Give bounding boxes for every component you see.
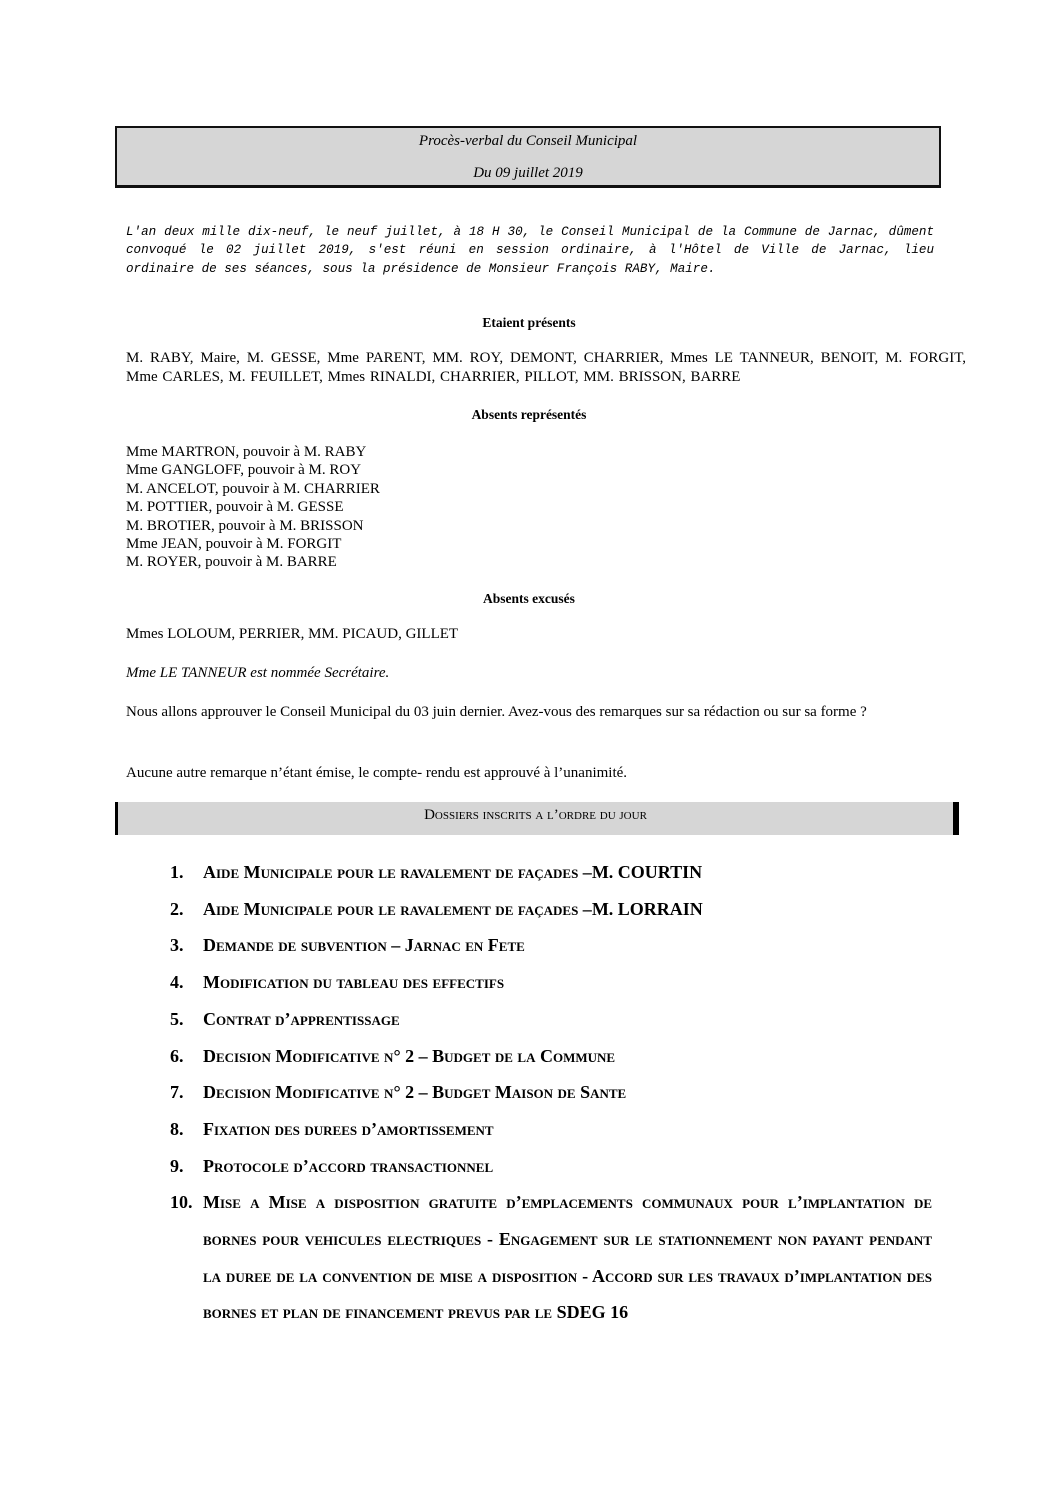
agenda-item-name: M. COURTIN xyxy=(592,862,702,882)
agenda-item-text: Aide Municipale pour le ravalement de fa… xyxy=(203,899,592,919)
represented-item: M. BROTIER, pouvoir à M. BRISSON xyxy=(126,517,626,535)
approval-result: Aucune autre remarque n’étant émise, le … xyxy=(126,764,627,783)
agenda-heading: Dossiers inscrits a l’ordre du jour xyxy=(424,807,647,823)
agenda-item-number: 7. xyxy=(170,1074,184,1111)
document-date: Du 09 juillet 2019 xyxy=(117,165,939,182)
agenda-item-text: Modification du tableau des effectifs xyxy=(203,972,504,992)
agenda-item-number: 3. xyxy=(170,927,184,964)
agenda-item: 10.Mise a Mise a disposition gratuite d’… xyxy=(170,1184,932,1331)
agenda-item: 1.Aide Municipale pour le ravalement de … xyxy=(170,854,932,891)
presents-list: M. RABY, Maire, M. GESSE, Mme PARENT, MM… xyxy=(126,349,966,386)
document-title: Procès-verbal du Conseil Municipal xyxy=(117,133,939,150)
agenda-heading-bar: Dossiers inscrits a l’ordre du jour xyxy=(115,802,959,835)
secretary-note: Mme LE TANNEUR est nommée Secrétaire. xyxy=(126,664,389,683)
title-box: Procès-verbal du Conseil Municipal Du 09… xyxy=(115,126,941,188)
agenda-item: 5.Contrat d’apprentissage xyxy=(170,1001,932,1038)
agenda-item-number: 10. xyxy=(170,1184,193,1221)
agenda-item-text: Decision Modificative n° 2 – Budget de l… xyxy=(203,1046,615,1066)
excused-heading: Absents excusés xyxy=(0,591,1058,607)
document-page: Procès-verbal du Conseil Municipal Du 09… xyxy=(0,0,1058,1497)
represented-item: Mme GANGLOFF, pouvoir à M. ROY xyxy=(126,461,626,479)
represented-list: Mme MARTRON, pouvoir à M. RABY Mme GANGL… xyxy=(126,443,626,572)
presents-heading: Etaient présents xyxy=(0,315,1058,331)
agenda-item: 2.Aide Municipale pour le ravalement de … xyxy=(170,891,932,928)
excused-list: Mmes LOLOUM, PERRIER, MM. PICAUD, GILLET xyxy=(126,625,458,644)
represented-item: M. POTTIER, pouvoir à M. GESSE xyxy=(126,498,626,516)
approval-question: Nous allons approuver le Conseil Municip… xyxy=(126,703,946,722)
agenda-item-number: 1. xyxy=(170,854,184,891)
agenda-item-number: 5. xyxy=(170,1001,184,1038)
represented-item: Mme JEAN, pouvoir à M. FORGIT xyxy=(126,535,626,553)
represented-heading: Absents représentés xyxy=(0,407,1058,423)
agenda-item-text: Aide Municipale pour le ravalement de fa… xyxy=(203,862,592,882)
agenda-item: 4.Modification du tableau des effectifs xyxy=(170,964,932,1001)
agenda-item: 7.Decision Modificative n° 2 – Budget Ma… xyxy=(170,1074,932,1111)
agenda-item-text: Fixation des durees d’amortissement xyxy=(203,1119,494,1139)
agenda-item-text: Contrat d’apprentissage xyxy=(203,1009,400,1029)
agenda-item-number: 8. xyxy=(170,1111,184,1148)
agenda-item-name: M. LORRAIN xyxy=(592,899,703,919)
intro-paragraph: L'an deux mille dix-neuf, le neuf juille… xyxy=(126,223,934,278)
agenda-item-number: 4. xyxy=(170,964,184,1001)
agenda-list: 1.Aide Municipale pour le ravalement de … xyxy=(170,854,932,1331)
agenda-item-text: Demande de subvention – Jarnac en Fete xyxy=(203,935,525,955)
agenda-item-text: Protocole d’accord transactionnel xyxy=(203,1156,493,1176)
represented-item: M. ANCELOT, pouvoir à M. CHARRIER xyxy=(126,480,626,498)
agenda-item: 8.Fixation des durees d’amortissement xyxy=(170,1111,932,1148)
agenda-item-number: 6. xyxy=(170,1038,184,1075)
represented-item: M. ROYER, pouvoir à M. BARRE xyxy=(126,553,626,571)
agenda-item-name: SDEG 16 xyxy=(557,1302,629,1322)
agenda-item-text: Decision Modificative n° 2 – Budget Mais… xyxy=(203,1082,626,1102)
represented-item: Mme MARTRON, pouvoir à M. RABY xyxy=(126,443,626,461)
agenda-item: 6.Decision Modificative n° 2 – Budget de… xyxy=(170,1038,932,1075)
agenda-item-number: 9. xyxy=(170,1148,184,1185)
agenda-item: 9.Protocole d’accord transactionnel xyxy=(170,1148,932,1185)
agenda-item: 3.Demande de subvention – Jarnac en Fete xyxy=(170,927,932,964)
agenda-item-number: 2. xyxy=(170,891,184,928)
